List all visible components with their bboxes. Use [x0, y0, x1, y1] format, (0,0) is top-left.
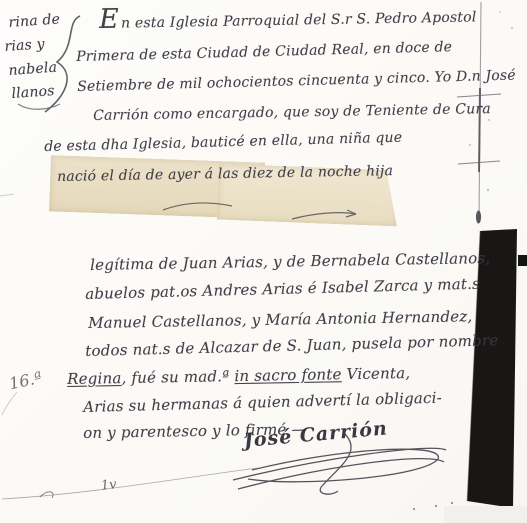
black-scan-bar: [444, 229, 527, 523]
manuscript-text-segment: rina de: [8, 11, 61, 31]
manuscript-line: Carrión como encargado, que soy de Tenie…: [93, 101, 491, 124]
manuscript-text-segment: Setiembre de mil ochocientos cincuenta y…: [77, 68, 516, 95]
manuscript-line: Setiembre de mil ochocientos cincuenta y…: [77, 68, 516, 95]
manuscript-line: Manuel Castellanos, y María Antonia Hern…: [88, 307, 473, 332]
manuscript-text-segment: Primera de esta Ciudad de Ciudad Real, e…: [76, 39, 452, 65]
manuscript-text-segment: legítima de Juan Arias, y de Bernabela C…: [90, 249, 490, 274]
manuscript-text-segment: de esta dha Iglesia, bauticé en ella, un…: [44, 130, 402, 155]
signature-rubric-flourish: [2, 434, 453, 510]
manuscript-line: Arias su hermanas á quien advertí la obl…: [83, 389, 442, 416]
manuscript-line: En esta Iglesia Parroquial del S.r S. Pe…: [99, 8, 477, 32]
manuscript-text-segment: Regina: [67, 369, 122, 388]
manuscript-text-segment: Arias su hermanas á quien advertí la obl…: [83, 389, 442, 416]
manuscript-text-segment: Carrión como encargado, que soy de Tenie…: [93, 101, 491, 124]
manuscript-text-segment: E: [99, 4, 119, 35]
manuscript-text-segment: Vicenta,: [341, 364, 410, 383]
manuscript-line: todos nat.s de Alcazar de S. Juan, pusel…: [85, 331, 499, 360]
manuscript-text-segment: todos nat.s de Alcazar de S. Juan, pusel…: [85, 331, 499, 360]
manuscript-text-segment: n esta Iglesia Parroquial del S.r S. Ped…: [121, 9, 477, 31]
folio-mark: 1v: [100, 477, 117, 494]
margin-note-line: rias y: [4, 36, 45, 55]
manuscript-text-segment: Manuel Castellanos, y María Antonia Hern…: [88, 307, 473, 332]
manuscript-text-segment: , fué su mad.ª: [121, 367, 234, 387]
manuscript-line: abuelos pat.os Andres Arias é Isabel Zar…: [85, 275, 480, 303]
manuscript-text-segment: in sacro fonte: [234, 365, 341, 385]
manuscript-text-segment: rias y: [4, 36, 45, 55]
manuscript-line: Regina, fué su mad.ª in sacro fonte Vice…: [67, 364, 410, 388]
margin-note-line: nabela: [8, 60, 58, 79]
manuscript-text-segment: nabela: [8, 60, 58, 79]
manuscript-scan-page: rina derias ynabelallanosEn esta Iglesia…: [0, 0, 527, 523]
manuscript-text-segment: llanos: [11, 83, 55, 102]
margin-entry-number: 16.ª: [7, 368, 43, 393]
manuscript-line: de esta dha Iglesia, bauticé en ella, un…: [44, 130, 402, 155]
manuscript-line: legítima de Juan Arias, y de Bernabela C…: [90, 249, 490, 274]
margin-note-line: rina de: [8, 11, 61, 31]
manuscript-line: Primera de esta Ciudad de Ciudad Real, e…: [76, 39, 452, 65]
margin-note-line: llanos: [11, 83, 55, 102]
manuscript-text-segment: abuelos pat.os Andres Arias é Isabel Zar…: [85, 275, 480, 303]
